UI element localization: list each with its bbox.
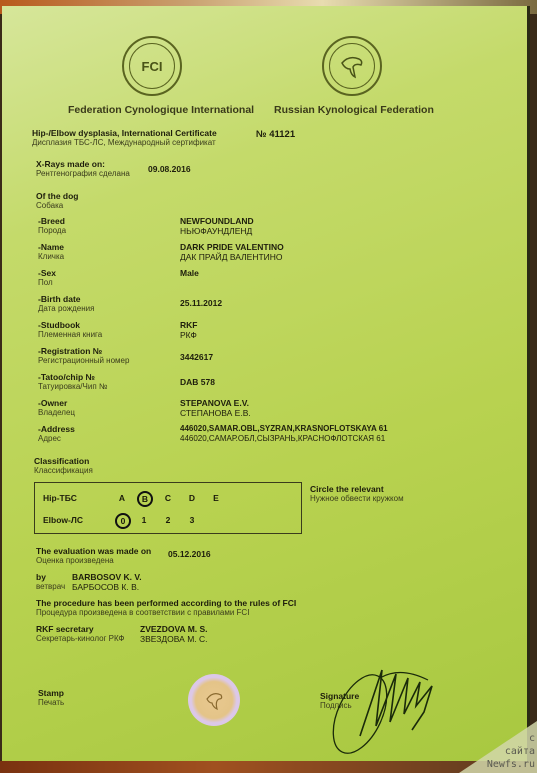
classification-title-ru: Классификация <box>34 466 93 476</box>
dog-head-icon <box>329 43 375 89</box>
rkf-logo-icon <box>322 36 382 96</box>
hip-grade-e: E <box>209 491 223 505</box>
vet-name-ru: БАРБОСОВ К. В. <box>72 582 139 592</box>
stamp-label-en: Stamp <box>38 688 64 698</box>
stamp-label-ru: Печать <box>38 698 64 708</box>
secretary-name-en: ZVEZDOVA M. S. <box>140 624 208 634</box>
hip-grade-b-circled: B <box>137 491 153 507</box>
circle-hint-en: Circle the relevant <box>310 484 384 494</box>
secretary-name-ru: ЗВЕЗДОВА М. С. <box>140 634 208 644</box>
circle-hint-ru: Нужное обвести кружком <box>310 494 404 504</box>
hip-grade-d: D <box>185 491 199 505</box>
fci-logo-text: FCI <box>129 43 175 89</box>
secretary-label-ru: Секретарь-кинолог РКФ <box>36 634 124 644</box>
certificate-page: FCI Federation Cynologique International… <box>2 6 530 762</box>
elbow-grade-3: 3 <box>185 513 199 527</box>
certificate-number: № 41121 <box>256 130 295 140</box>
vet-name-en: BARBOSOV K. V. <box>72 572 142 582</box>
handwritten-signature-icon <box>320 656 450 756</box>
evaluation-label-en: The evaluation was made on <box>36 546 151 556</box>
classification-box: Hip-ТБС A B C D E Elbow-ЛС 0 1 2 3 <box>34 482 302 534</box>
hip-label: Hip-ТБС <box>43 493 77 503</box>
xray-label-ru: Рентгенография сделана <box>36 169 130 179</box>
rkf-org-name: Russian Kynological Federation <box>274 104 434 116</box>
hologram-stamp-icon <box>188 674 240 726</box>
certificate-title-ru: Дисплазия ТБС-ЛС, Международный сертифик… <box>32 138 216 148</box>
elbow-grade-1: 1 <box>137 513 151 527</box>
photo-bottom-edge <box>0 761 537 773</box>
evaluation-label-ru: Оценка произведена <box>36 556 114 566</box>
dog-section-ru: Собака <box>36 201 63 211</box>
procedure-text-en: The procedure has been performed accordi… <box>36 598 296 608</box>
fci-org-name: Federation Cynologique International <box>68 104 254 116</box>
hip-grade-a: A <box>115 491 129 505</box>
certificate-title-en: Hip-/Elbow dysplasia, International Cert… <box>32 128 217 138</box>
xray-date: 09.08.2016 <box>148 164 191 174</box>
elbow-grade-0-circled: 0 <box>115 513 131 529</box>
elbow-label: Elbow-ЛС <box>43 515 83 525</box>
hip-grade-c: C <box>161 491 175 505</box>
by-label-ru: ветврач <box>36 582 65 592</box>
procedure-text-ru: Процедура произведена в соответствии с п… <box>36 608 249 618</box>
xray-label-en: X-Rays made on: <box>36 159 105 169</box>
dog-section-en: Of the dog <box>36 191 79 201</box>
by-label-en: by <box>36 572 46 582</box>
classification-title-en: Classification <box>34 456 89 466</box>
secretary-label-en: RKF secretary <box>36 624 94 634</box>
elbow-grade-2: 2 <box>161 513 175 527</box>
evaluation-date: 05.12.2016 <box>168 549 211 559</box>
fci-logo-icon: FCI <box>122 36 182 96</box>
